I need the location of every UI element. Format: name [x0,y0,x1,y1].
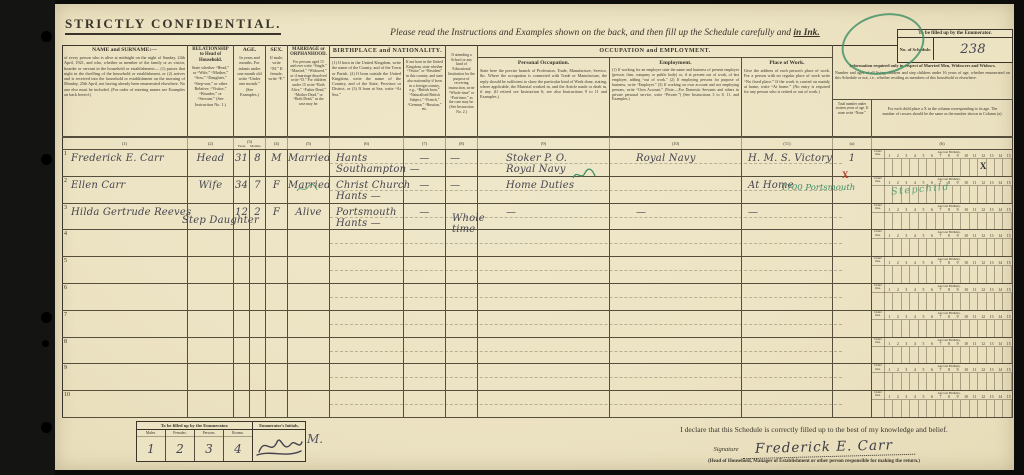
value-line: Ellen Carr [71,180,187,191]
age-cell [961,266,969,283]
age-cell [902,373,910,390]
cell-school [446,230,478,256]
age-cell [919,239,927,256]
age-cell [978,400,986,417]
value-line: Royal Navy [636,153,741,164]
age-cell [953,400,961,417]
cell-employment [610,338,742,364]
value-line: Whole [452,213,479,224]
cell-grid: Under One.Age last Birthday.123456789101… [872,257,1013,283]
value-years [234,364,249,367]
value-name [62,230,187,233]
age-cell [1003,347,1011,364]
table-row: 4Under One.Age last Birthday.12345678910… [62,230,1013,257]
value-birthplace: Christ ChurchHants — [330,177,403,202]
value-birthplace [330,230,403,233]
punch-hole [41,31,52,42]
cell-occupation [478,284,610,310]
value-name [62,284,187,287]
value-total [833,230,871,233]
totals-column-value: 1 [137,437,165,461]
value-relationship: Head [188,150,233,164]
value-line: Hilda Gertrude Reeves [71,207,187,218]
cell-marriage [288,257,330,283]
age-cell [919,347,927,364]
cell-nationality [404,284,446,310]
age-cell [919,293,927,310]
totals-box-title: To be filled up by the Enumerator. [137,422,252,430]
value-line: Step Daughter [182,215,227,226]
age-cell [970,186,978,203]
age-cell [872,159,885,176]
cell-months [250,257,266,283]
age-cell [944,213,952,230]
cell-marriage [288,284,330,310]
age-cell [970,293,978,310]
value-place: — [742,204,832,218]
age-cell [995,213,1003,230]
cell-occupation [478,311,610,337]
cell-occupation [478,364,610,390]
value-line: Stoker P. O. [506,153,609,164]
age-cell [970,347,978,364]
value-line: 34 [234,180,249,191]
cell-grid: Under One.Age last Birthday.123456789101… [872,230,1013,256]
age-cell [978,373,986,390]
age-cell [927,239,935,256]
cell-months: 2 [250,204,266,230]
value-nationality: — [404,150,445,164]
totals-column: Females.2 [166,430,195,461]
age-cell [1003,293,1011,310]
age-cell [910,266,918,283]
age-cell [936,373,944,390]
value-nationality [404,284,445,287]
cell-nationality [404,338,446,364]
cell-school [446,364,478,390]
cell-birthplace [330,338,404,364]
age-cell [872,400,885,417]
declaration-block: I declare that this Schedule is correctl… [615,425,1013,464]
age-cell [885,373,893,390]
punch-hole [41,312,52,323]
age-grid-body [872,266,1012,283]
value-nationality [404,391,445,394]
cell-place [742,338,833,364]
age-cell [936,213,944,230]
age-cell [910,320,918,337]
age-cell [970,320,978,337]
census-form-paper: STRICTLY CONFIDENTIAL. Please read the I… [55,4,1014,470]
age-cell [872,213,885,230]
age-cell [995,239,1003,256]
age-cell [885,266,893,283]
value-sex [266,338,287,341]
value-sex [266,230,287,233]
age-cell [987,400,995,417]
table-row: 2Ellen CarrWife347FMarriedChrist ChurchH… [62,177,1013,204]
value-occupation [478,230,609,233]
row-number: 5 [64,258,67,264]
age-cell [919,266,927,283]
age-grid-body [872,159,1012,176]
age-cell [1003,373,1011,390]
value-school [446,257,477,260]
value-sex [266,311,287,314]
value-sex: F [266,204,287,218]
table-row: 8Under One.Age last Birthday.12345678910… [62,338,1013,365]
age-cell [927,293,935,310]
value-line: 31 [234,153,249,164]
age-cell [910,159,918,176]
cell-school [446,257,478,283]
value-nationality: — [404,177,445,191]
totals-column: Rooms.4 [224,430,252,461]
age-mark-grid: Under One.Age last Birthday.123456789101… [872,338,1012,364]
value-months: 8 [250,150,265,164]
totals-columns: Males.1Females.2Persons.3Rooms.4 [137,430,252,461]
age-cell [944,293,952,310]
value-line: — [450,180,477,191]
cell-employment: Royal Navy [610,150,742,176]
age-cell [885,213,893,230]
age-grid-body [872,293,1012,310]
age-cell [893,266,901,283]
value-employment [610,338,741,341]
value-employment [610,364,741,367]
age-cell [927,400,935,417]
age-cell [987,293,995,310]
value-line: — [404,207,445,218]
value-name: Hilda Gertrude Reeves [62,204,187,218]
age-cell [970,213,978,230]
value-nationality [404,364,445,367]
age-cell [919,213,927,230]
totals-column-header: Females. [166,430,194,437]
cell-school [446,338,478,364]
value-months [250,230,265,233]
value-name [62,364,187,367]
value-sex [266,257,287,260]
value-years [234,257,249,260]
value-months: 2 [250,204,265,218]
age-cell [910,213,918,230]
cell-months: 7 [250,177,266,203]
age-cell [872,373,885,390]
totals-column-header: Persons. [195,430,223,437]
cell-place [742,364,833,390]
age-cell [978,186,986,203]
age-grid-body [872,400,1012,417]
value-total [833,204,871,207]
value-relationship [188,311,233,314]
value-line: — [404,180,445,191]
punch-hole [42,340,49,347]
cell-place [742,257,833,283]
initials-label: Enumerator's Initials. [253,422,305,430]
value-birthplace [330,338,403,341]
age-cell [910,347,918,364]
value-place [742,230,832,233]
value-line: Wife [188,180,233,191]
age-cell [936,320,944,337]
age-cell [1003,213,1011,230]
age-cell [995,320,1003,337]
age-cell [961,320,969,337]
age-cell [970,373,978,390]
value-relationship: Step Daughter [182,212,227,226]
signature-note: (Head of Household, Manager of Establish… [615,459,1013,464]
age-mark-grid: Under One.Age last Birthday.123456789101… [872,391,1012,417]
age-cell [961,373,969,390]
cell-school [446,391,478,417]
cell-relationship [188,230,234,256]
value-line: H. M. S. Victory [748,153,832,164]
age-cell [953,347,961,364]
row-number: 4 [64,231,67,237]
cell-name: 3Hilda Gertrude Reeves [62,204,188,230]
value-years: 31 [234,150,249,164]
cell-school [446,284,478,310]
cell-school: Wholetime [446,204,478,230]
table-row: 7Under One.Age last Birthday.12345678910… [62,311,1013,338]
value-sex [266,284,287,287]
value-years [234,230,249,233]
age-cell [885,293,893,310]
cell-birthplace [330,391,404,417]
age-cell [893,373,901,390]
age-cell [872,266,885,283]
age-cell [978,347,986,364]
under-one-label: Under One. [872,284,885,293]
cell-place [742,284,833,310]
age-cell [927,266,935,283]
cell-years [234,364,250,390]
age-cell [961,186,969,203]
value-birthplace [330,284,403,287]
cell-relationship [188,257,234,283]
age-grid-body [872,347,1012,364]
table-row: 5Under One.Age last Birthday.12345678910… [62,257,1013,284]
cell-years: 31 [234,150,250,176]
value-months [250,257,265,260]
age-cell [953,213,961,230]
value-line: F [266,180,287,191]
age-cell [953,266,961,283]
value-total: 1 [833,150,871,164]
value-years: 12 [234,204,249,218]
table-row: 1Frederick E. CarrHead318MMarriedHantsSo… [62,150,1013,177]
signature-label: Signature [713,446,738,453]
under-one-label: Under One. [872,364,885,373]
row-number: 3 [64,205,67,211]
cell-marriage [288,364,330,390]
cell-school: — [446,150,478,176]
row-number: 10 [64,392,70,398]
cell-years [234,311,250,337]
cell-sex: M [266,150,288,176]
value-line: Portsmouth [336,207,403,218]
value-relationship [188,338,233,341]
age-cell [885,159,893,176]
value-birthplace [330,257,403,260]
value-birthplace [330,391,403,394]
value-relationship [188,391,233,394]
value-school [446,284,477,287]
totals-column-header: Males. [137,430,165,437]
value-school [446,338,477,341]
value-line: 8 [250,153,265,164]
cell-employment [610,257,742,283]
age-cell [872,347,885,364]
age-cell [953,293,961,310]
age-cell [936,239,944,256]
age-cell [919,373,927,390]
value-line: 1 [833,153,871,164]
value-occupation [478,338,609,341]
cell-total [833,284,872,310]
cell-total [833,338,872,364]
value-marriage [288,257,329,260]
cell-marriage [288,311,330,337]
value-nationality [404,257,445,260]
value-line: M [266,153,287,164]
cell-birthplace: Christ ChurchHants — [330,177,404,203]
age-cell [893,347,901,364]
value-school: — [446,177,477,191]
value-marriage [288,364,329,367]
value-relationship [188,230,233,233]
age-cell [995,293,1003,310]
cell-sex [266,311,288,337]
value-place [742,364,832,367]
age-cell [944,159,952,176]
age-grid-body [872,373,1012,390]
cell-sex [266,391,288,417]
age-cell [910,293,918,310]
under-one-label: Under One. [872,257,885,266]
value-total [833,257,871,260]
cell-name: 6 [62,284,188,310]
cell-employment [610,311,742,337]
cell-grid: Under One.Age last Birthday.123456789101… [872,284,1013,310]
value-name: Frederick E. Carr [62,150,187,164]
value-months [250,311,265,314]
value-employment [610,284,741,287]
age-cell [1003,239,1011,256]
cell-months [250,230,266,256]
value-line: Hants — [336,191,403,202]
pencil-note: M. [307,432,323,446]
declaration-statement: I declare that this Schedule is correctl… [615,425,1013,434]
cell-nationality: — [404,204,446,230]
cell-relationship [188,338,234,364]
cell-school [446,311,478,337]
cell-total [833,364,872,390]
value-marriage: Alive [288,204,329,218]
cell-sex [266,338,288,364]
age-grid-header: Under One.Age last Birthday.123456789101… [872,230,1012,239]
value-employment [610,391,741,394]
cell-years [234,257,250,283]
age-cell [978,213,986,230]
cell-total [833,204,872,230]
age-cell [919,159,927,176]
age-cell [944,239,952,256]
age-cell [936,347,944,364]
age-cell [987,320,995,337]
age-cell [953,239,961,256]
age-cell [902,266,910,283]
cell-place [742,230,833,256]
under-one-label: Under One. [872,391,885,400]
value-name [62,391,187,394]
cell-occupation: — [478,204,610,230]
punch-hole [41,422,52,433]
cell-birthplace [330,230,404,256]
cell-months: 8 [250,150,266,176]
age-cell [987,239,995,256]
value-name: Ellen Carr [62,177,187,191]
cell-months [250,391,266,417]
cell-grid: Under One.Age last Birthday.123456789101… [872,150,1013,176]
signature-value: Frederick E. Carr [742,437,914,459]
age-cell [893,213,901,230]
cell-grid: Under One.Age last Birthday.123456789101… [872,391,1013,417]
age-cell [961,293,969,310]
cell-sex: F [266,204,288,230]
value-name [62,311,187,314]
cell-sex [266,364,288,390]
age-grid-body [872,239,1012,256]
value-school [446,230,477,233]
age-cell [978,293,986,310]
value-relationship: Wife [188,177,233,191]
age-cell [910,400,918,417]
cell-birthplace: PortsmouthHants — [330,204,404,230]
red-check-mark: X [842,170,849,180]
green-scribble-marriage [296,183,318,195]
cell-birthplace [330,311,404,337]
table-row: 3Hilda Gertrude ReevesStep Daughter122FA… [62,204,1013,231]
age-cell [995,159,1003,176]
cell-years [234,338,250,364]
value-place [742,391,832,394]
value-place [742,284,832,287]
age-cell [987,186,995,203]
age-cell [936,266,944,283]
cell-grid: Under One.Age last Birthday.123456789101… [872,338,1013,364]
cell-occupation [478,338,610,364]
cell-years: 34 [234,177,250,203]
age-grid-body [872,320,1012,337]
row-number: 9 [64,365,67,371]
cell-marriage [288,391,330,417]
value-birthplace: PortsmouthHants — [330,204,403,229]
totals-column: Males.1 [137,430,166,461]
value-months [250,284,265,287]
age-cell [902,293,910,310]
age-cell [944,266,952,283]
cell-years [234,230,250,256]
value-employment [610,257,741,260]
value-employment: Royal Navy [610,150,741,164]
value-birthplace [330,311,403,314]
age-cell [1003,186,1011,203]
cell-name: 7 [62,311,188,337]
value-nationality: — [404,204,445,218]
age-cell [961,400,969,417]
